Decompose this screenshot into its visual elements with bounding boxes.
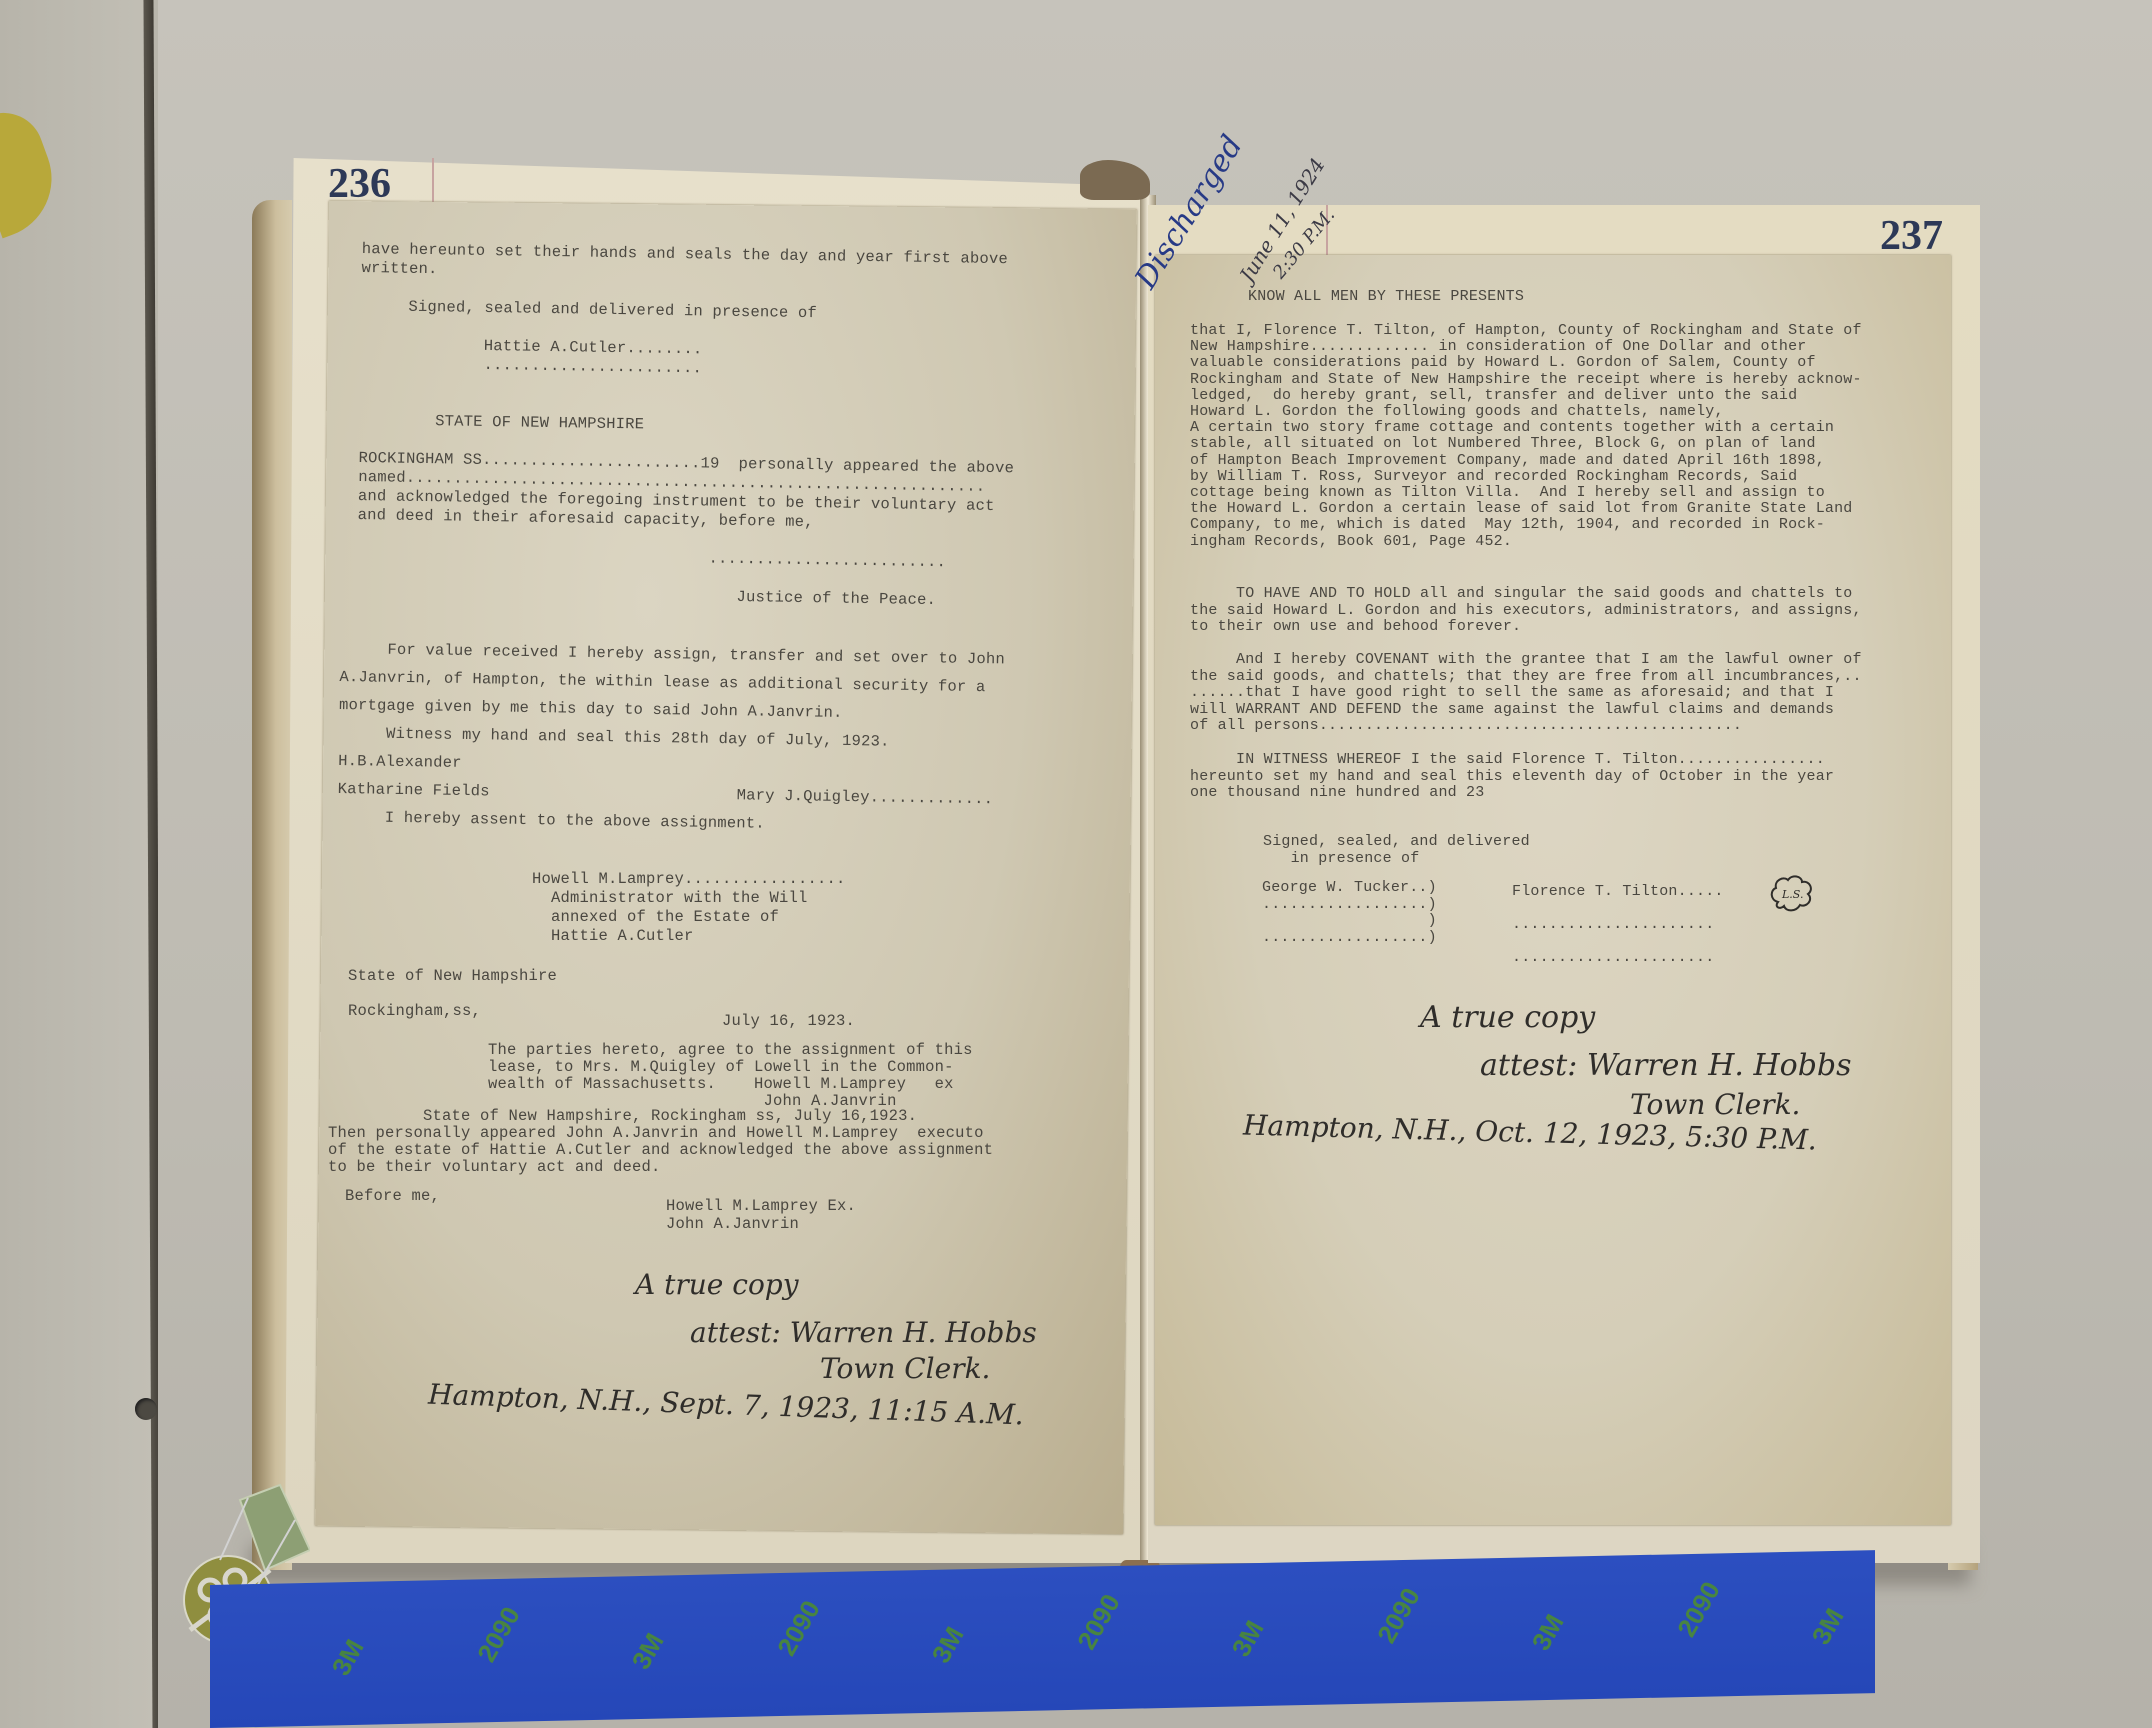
handwritten-town-clerk-left: Town Clerk. (820, 1352, 990, 1385)
state-heading: State of New Hampshire (348, 967, 557, 986)
agreement-paragraph: The parties hereto, agree to the assignm… (488, 1042, 973, 1110)
page-number-right: 237 (1880, 212, 1943, 260)
document-heading: KNOW ALL MEN BY THESE PRESENTS (1248, 287, 1524, 306)
handwritten-attest-left: attest: Warren H. Hobbs (690, 1316, 1037, 1349)
county-heading: Rockingham,ss, (348, 1002, 481, 1021)
handwritten-true-copy-left: A true copy (635, 1268, 799, 1301)
administrator-signature-block: Howell M.Lamprey................. Admini… (532, 870, 846, 946)
left-closing-and-acknowledgment: have hereunto set their hands and seals … (356, 240, 1017, 611)
bill-of-sale-body: that I, Florence T. Tilton, of Hampton, … (1190, 323, 1862, 550)
seal-icon: L.S. (1768, 872, 1816, 914)
grantor-signature-lines: Florence T. Tilton..... ................… (1512, 884, 1724, 967)
agreement-date: July 16, 1923. (722, 1012, 855, 1031)
habendum-clause: TO HAVE AND TO HOLD all and singular the… (1190, 586, 1862, 636)
handwritten-attest-right: attest: Warren H. Hobbs (1480, 1048, 1852, 1083)
covenant-clause: And I hereby COVENANT with the grantee t… (1190, 652, 1862, 735)
pin-hole (135, 1398, 157, 1420)
book-page-stack-left (252, 200, 292, 1570)
signed-sealed-label: Signed, sealed, and delivered in presenc… (1263, 833, 1530, 867)
background-wall-left (0, 0, 152, 1728)
left-assignment-paragraph: For value received I hereby assign, tran… (337, 642, 1005, 834)
handwritten-town-clerk-right: Town Clerk. (1630, 1088, 1800, 1121)
witness-signature-lines: George W. Tucker..) ..................) … (1262, 880, 1437, 946)
acknowledgment-paragraph: State of New Hampshire, Rockingham ss, J… (328, 1108, 993, 1176)
in-witness-clause: IN WITNESS WHEREOF I the said Florence T… (1190, 752, 1834, 802)
before-me-label: Before me, (345, 1187, 440, 1206)
svg-text:L.S.: L.S. (1781, 888, 1803, 901)
final-signatures: Howell M.Lamprey Ex. John A.Janvrin (666, 1197, 856, 1233)
handwritten-true-copy-right: A true copy (1420, 1000, 1595, 1035)
